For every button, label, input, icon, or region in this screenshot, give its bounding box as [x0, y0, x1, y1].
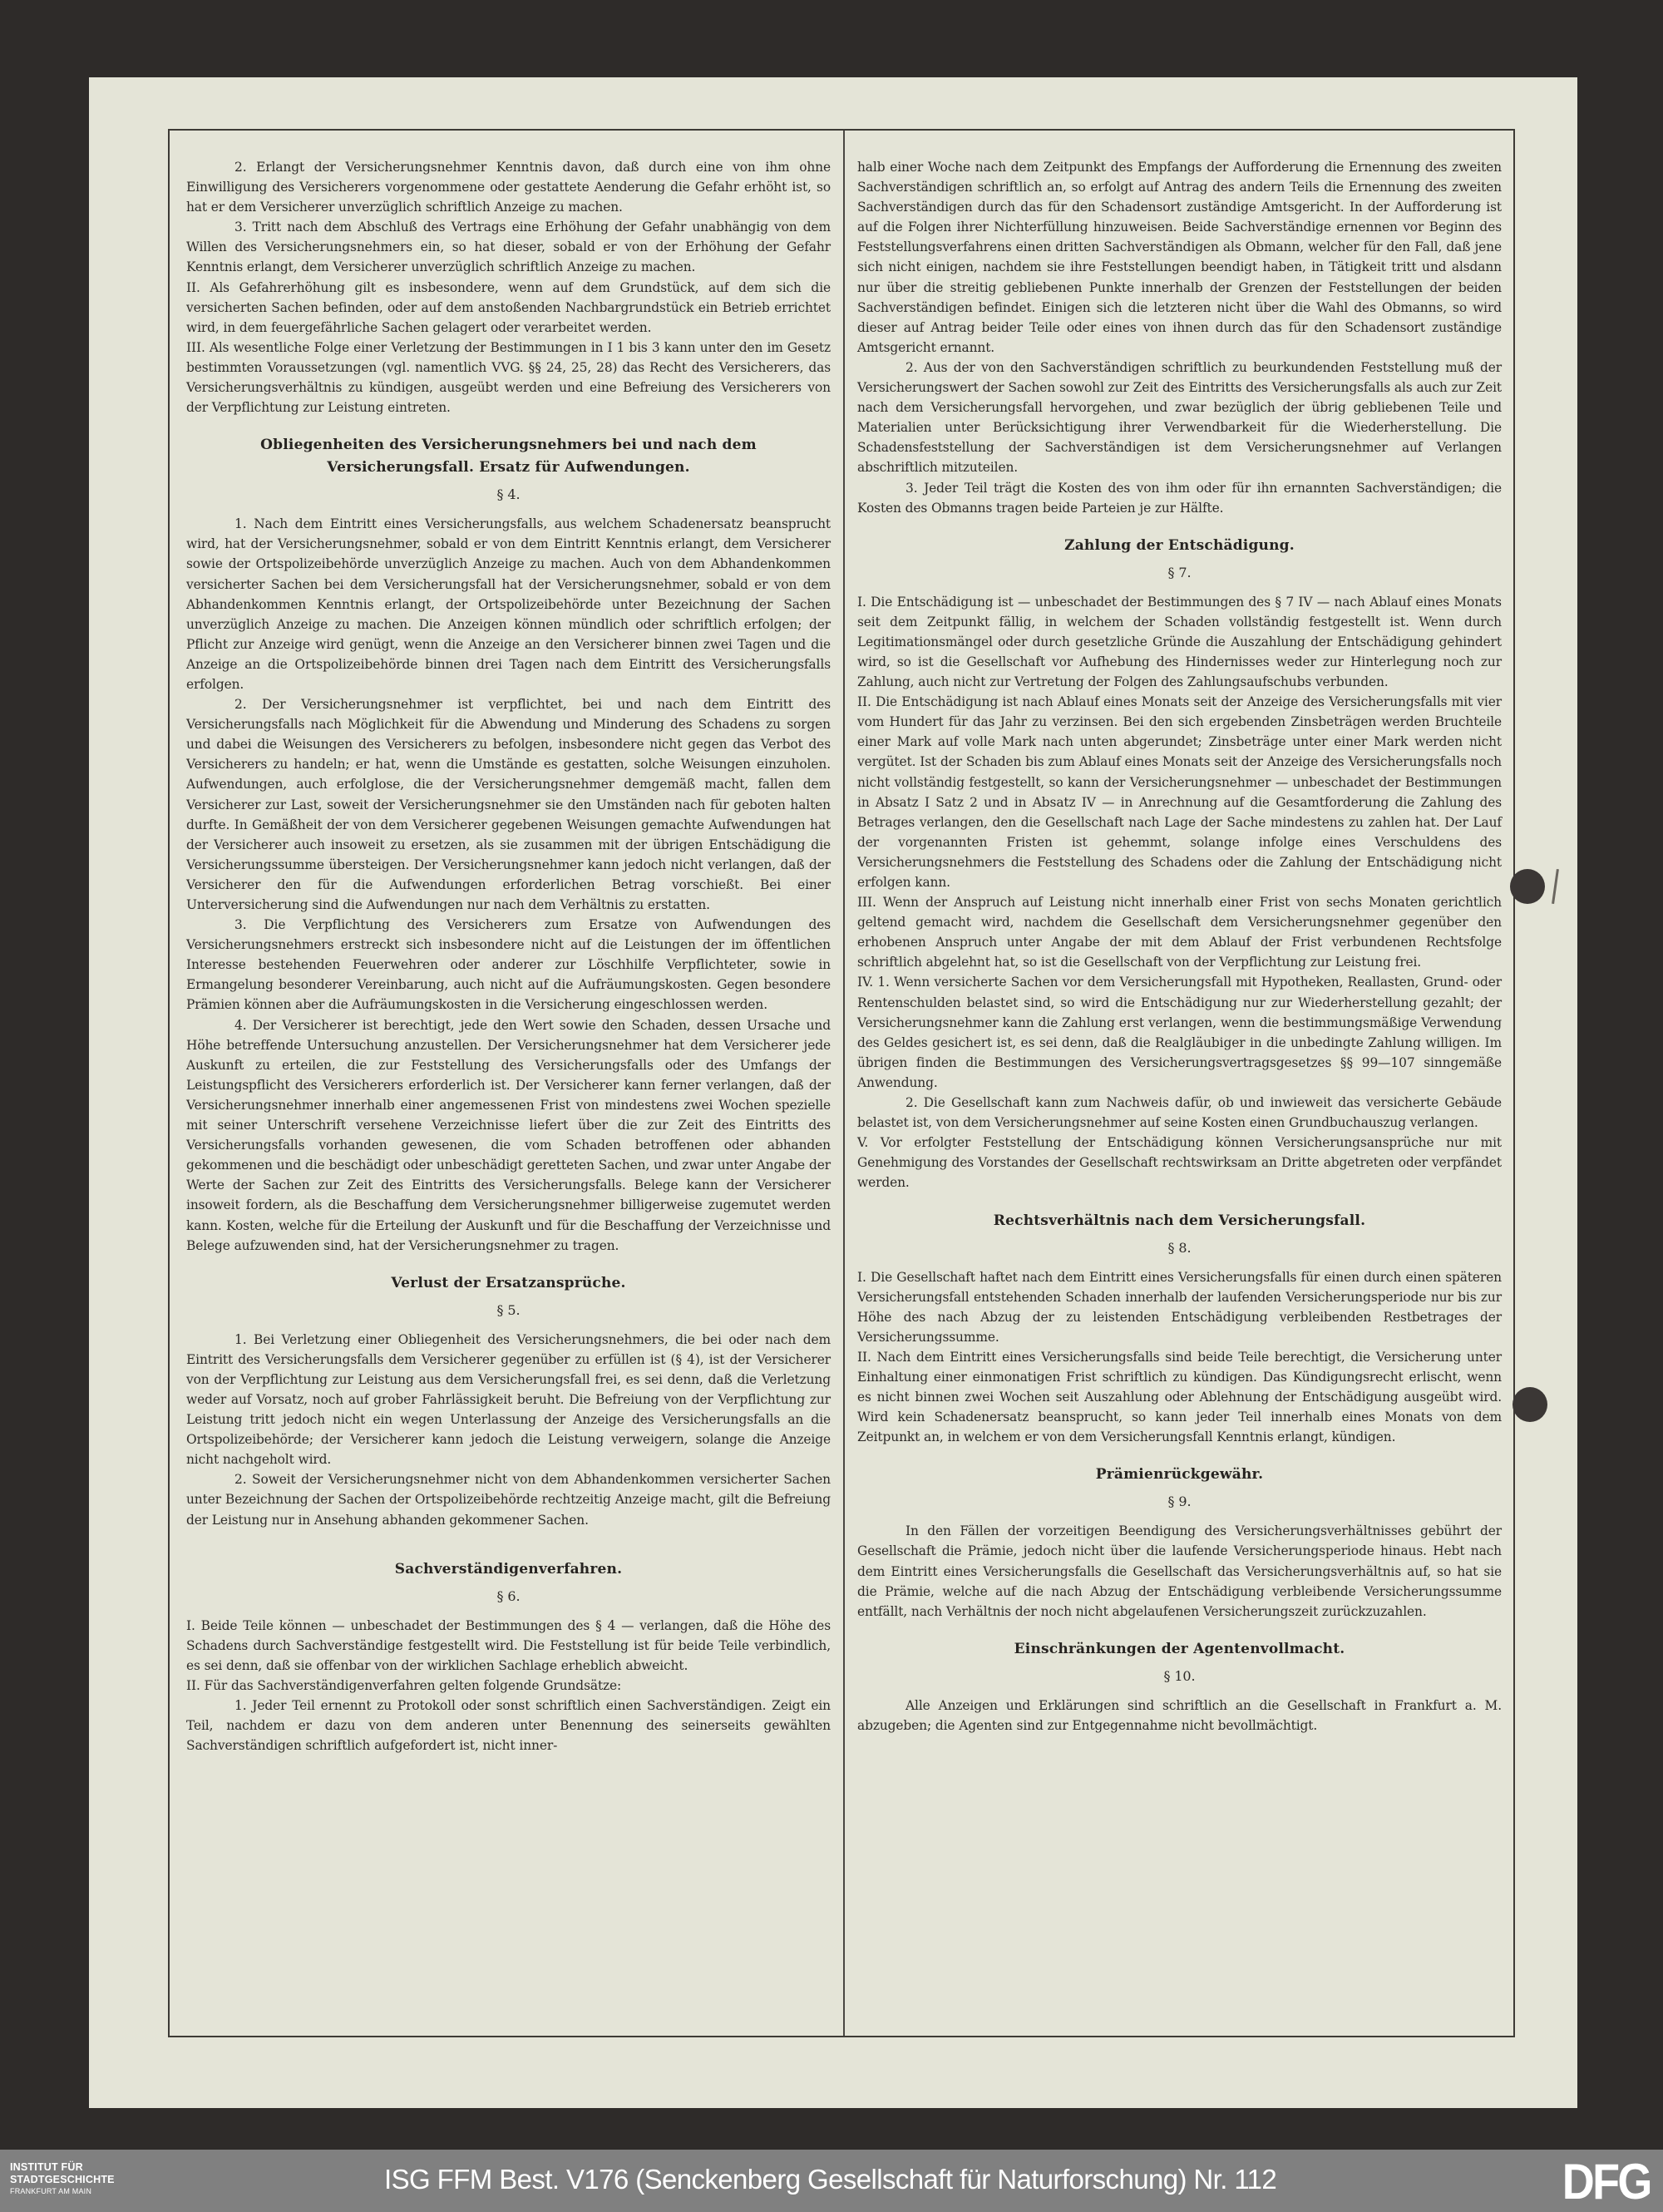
spacer [186, 1530, 831, 1558]
column-divider [843, 131, 845, 2036]
section-heading: Zahlung der Entschädigung. [857, 535, 1502, 557]
paragraph-number: § 10. [857, 1666, 1502, 1687]
dfg-logo: DFG [1562, 2156, 1651, 2208]
spacer [186, 417, 831, 434]
punch-hole [1510, 869, 1545, 904]
paragraph: 1. Bei Verletzung einer Obliegenheit des… [186, 1330, 831, 1470]
paragraph: 3. Jeder Teil trägt die Kosten des von i… [857, 478, 1502, 518]
paragraph: V. Vor erfolgter Feststellung der Entsch… [857, 1133, 1502, 1192]
section-heading: Obliegenheiten des Versicherungsnehmers … [186, 434, 831, 479]
institute-line-2: STADTGESCHICHTE [10, 2174, 115, 2186]
paragraph-number: § 7. [857, 562, 1502, 584]
institute-logo: INSTITUT FÜR STADTGESCHICHTE FRANKFURT A… [10, 2161, 115, 2197]
paragraph: II. Nach dem Eintritt eines Versicherung… [857, 1347, 1502, 1447]
section-heading: Rechtsverhältnis nach dem Versicherungsf… [857, 1210, 1502, 1232]
paragraph: 2. Aus der von den Sachverständigen schr… [857, 358, 1502, 478]
paragraph: III. Als wesentliche Folge einer Verletz… [186, 338, 831, 417]
spacer [857, 1622, 1502, 1638]
paragraph: II. Die Entschädigung ist nach Ablauf ei… [857, 692, 1502, 892]
punch-hole [1512, 1387, 1547, 1422]
pencil-mark [1552, 869, 1559, 904]
paragraph: 2. Soweit der Versicherungsnehmer nicht … [186, 1469, 831, 1529]
paragraph: 2. Die Gesellschaft kann zum Nachweis da… [857, 1093, 1502, 1133]
section-heading: Prämienrückgewähr. [857, 1464, 1502, 1486]
paragraph: III. Wenn der Anspruch auf Leistung nich… [857, 892, 1502, 972]
spacer [857, 1447, 1502, 1464]
paragraph-number: § 5. [186, 1300, 831, 1321]
left-column: 2. Erlangt der Versicherungsnehmer Kennt… [186, 157, 831, 1755]
institute-line-1: INSTITUT FÜR [10, 2161, 115, 2174]
paragraph: Alle Anzeigen und Erklärungen sind schri… [857, 1696, 1502, 1736]
paragraph: II. Für das Sachverständigenverfahren ge… [186, 1676, 831, 1696]
paragraph: 1. Nach dem Eintritt eines Versicherungs… [186, 514, 831, 694]
archive-footer-bar: INSTITUT FÜR STADTGESCHICHTE FRANKFURT A… [0, 2150, 1663, 2212]
text-frame: 2. Erlangt der Versicherungsnehmer Kennt… [168, 129, 1515, 2037]
section-heading: Verlust der Ersatzansprüche. [186, 1272, 831, 1295]
spacer [857, 518, 1502, 535]
paragraph: I. Die Entschädigung ist — unbeschadet d… [857, 592, 1502, 692]
paragraph: 2. Der Versicherungsnehmer ist verpflich… [186, 694, 831, 915]
paragraph: 2. Erlangt der Versicherungsnehmer Kennt… [186, 157, 831, 217]
archive-signature: ISG FFM Best. V176 (Senckenberg Gesellsc… [384, 2163, 1276, 2196]
paragraph: IV. 1. Wenn versicherte Sachen vor dem V… [857, 972, 1502, 1093]
paragraph-number: § 9. [857, 1491, 1502, 1513]
paragraph: II. Als Gefahrerhöhung gilt es insbesond… [186, 278, 831, 338]
institute-line-3: FRANKFURT AM MAIN [10, 2186, 115, 2197]
spacer [857, 1193, 1502, 1210]
section-heading: Einschränkungen der Agentenvollmacht. [857, 1638, 1502, 1661]
section-heading: Sachverständigenverfahren. [186, 1558, 831, 1581]
spacer [186, 1256, 831, 1272]
paragraph: 3. Tritt nach dem Abschluß des Vertrags … [186, 217, 831, 277]
paragraph: In den Fällen der vorzeitigen Beendigung… [857, 1521, 1502, 1621]
paragraph: 1. Jeder Teil ernennt zu Protokoll oder … [186, 1696, 831, 1755]
paragraph-number: § 6. [186, 1586, 831, 1607]
paragraph-number: § 8. [857, 1237, 1502, 1259]
paragraph: halb einer Woche nach dem Zeitpunkt des … [857, 157, 1502, 358]
paragraph: I. Beide Teile können — unbeschadet der … [186, 1616, 831, 1676]
paragraph: I. Die Gesellschaft haftet nach dem Eint… [857, 1267, 1502, 1347]
right-column: halb einer Woche nach dem Zeitpunkt des … [857, 157, 1502, 1736]
paragraph: 4. Der Versicherer ist berechtigt, jede … [186, 1015, 831, 1256]
document-page: 2. Erlangt der Versicherungsnehmer Kennt… [89, 77, 1577, 2108]
paragraph-number: § 4. [186, 484, 831, 506]
paragraph: 3. Die Verpflichtung des Versicherers zu… [186, 915, 831, 1015]
